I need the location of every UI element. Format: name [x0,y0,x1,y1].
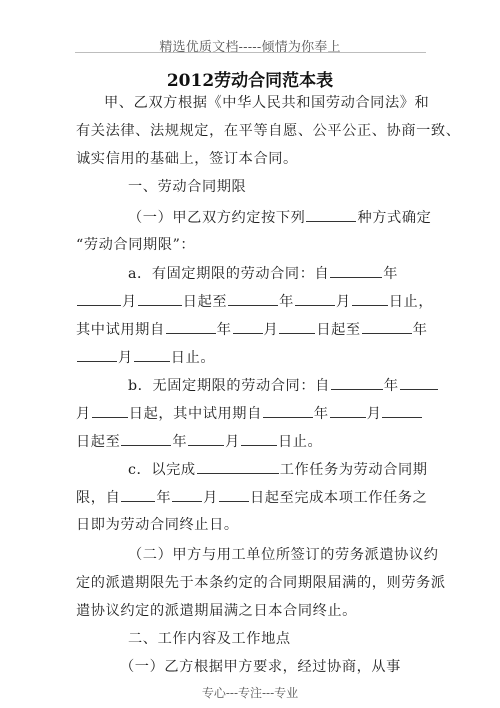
text: 月 [76,406,91,422]
text: 其中试用期自 [76,322,165,338]
blank-field[interactable] [219,487,249,502]
text: 年 [413,322,428,338]
blank-field[interactable] [172,487,202,502]
blank-field[interactable] [362,319,412,334]
blank-field[interactable] [263,403,313,418]
text: 甲、乙双方根据《中华人民共和国劳动合同法》和 [104,95,429,111]
text: 月 [264,322,279,338]
blank-field[interactable] [228,291,278,306]
text: 日即为劳动合同终止日。 [76,517,239,533]
section-heading-1: 一、劳动合同期限 [128,177,476,197]
option-c-line-3: 日即为劳动合同终止日。 [76,515,424,535]
intro-line-3: 诚实信用的基础上，签订本合同。 [76,149,424,169]
clause-1-1-line-1: （一）甲乙双方约定按下列种方式确定 [128,207,424,228]
blank-field[interactable] [400,375,438,390]
clause-1-1-line-2: “劳动合同期限”： [76,235,424,255]
blank-field[interactable] [134,347,170,362]
blank-field[interactable] [121,487,155,502]
text: 月 [336,294,351,310]
text: 种方式确定 [357,210,431,226]
blank-field[interactable] [295,291,335,306]
text: 日止。 [278,434,322,450]
text: 定的派遣期限先于本条约定的合同期限届满的，则劳务派 [76,575,446,591]
text: 年 [279,294,294,310]
text: 日止， [389,294,433,310]
text: 遣协议约定的派遣期届满之日本合同终止。 [76,603,357,619]
blank-field[interactable] [77,291,121,306]
option-c-line-1: c．以完成工作任务为劳动合同期 [128,459,476,480]
text: 日起，其中试用期自 [129,406,262,422]
blank-field[interactable] [241,431,277,446]
clause-1-2-line-1: （二）甲方与用工单位所签订的劳务派遣协议约 [128,545,476,565]
blank-field[interactable] [331,375,383,390]
text: 月 [203,490,218,506]
text: 日止。 [171,350,215,366]
header-divider [75,52,426,53]
option-a-line-3: 其中试用期自年月日起至年 [76,319,424,340]
page-footer: 专心---专注---专业 [0,684,500,701]
text: 日起至 [183,294,227,310]
option-a-line-1: a．有固定期限的劳动合同：自年 [128,263,476,284]
text: 月 [225,434,240,450]
text: （一）甲乙双方约定按下列 [128,210,305,226]
blank-field[interactable] [92,403,128,418]
text: 月 [122,294,137,310]
blank-field[interactable] [188,431,224,446]
blank-field[interactable] [121,431,171,446]
text: 日起至 [316,322,360,338]
option-a-line-2: 月日起至年月日止， [76,291,424,312]
text: 月 [118,350,133,366]
text: 二、工作内容及工作地点 [128,631,291,647]
clause-1-2-line-3: 遣协议约定的派遣期届满之日本合同终止。 [76,601,424,621]
blank-field[interactable] [382,403,422,418]
blank-field[interactable] [77,347,117,362]
blank-field[interactable] [166,319,216,334]
text: 年 [314,406,329,422]
option-b-line-1: b．无固定期限的劳动合同：自年 [128,375,476,396]
text: 年 [384,378,399,394]
text: 工作任务为劳动合同期 [280,462,428,478]
document-title: 2012劳动合同范本表 [0,66,500,91]
text: 年 [172,434,187,450]
text: （二）甲方与用工单位所签订的劳务派遣协议约 [128,547,439,563]
text: 一、劳动合同期限 [128,179,246,195]
text: 月 [367,406,382,422]
blank-field[interactable] [330,403,366,418]
text: 限，自 [76,490,120,506]
text: 年 [156,490,171,506]
text: 诚实信用的基础上，签订本合同。 [76,151,298,167]
option-c-line-2: 限，自年月日起至完成本项工作任务之 [76,487,424,508]
text: 有关法律、法规规定，在平等自愿、公平公正、协商一致、 [76,123,460,139]
blank-field[interactable] [306,207,356,222]
document-page: 精选优质文档-----倾情为你奉上 2012劳动合同范本表 甲、乙双方根据《中华… [0,0,500,708]
intro-line-1: 甲、乙双方根据《中华人民共和国劳动合同法》和 [104,93,424,113]
blank-field[interactable] [138,291,182,306]
text: 日起至 [76,434,120,450]
text: “劳动合同期限”： [76,237,195,253]
intro-line-2: 有关法律、法规规定，在平等自愿、公平公正、协商一致、 [76,121,424,141]
text: 年 [217,322,232,338]
text: 年 [383,266,398,282]
clause-2-1-line-1: （一）乙方根据甲方要求，经过协商，从事 [120,657,468,677]
text: c．以完成 [128,462,196,478]
text: a．有固定期限的劳动合同：自 [128,266,329,282]
option-a-line-4: 月日止。 [76,347,424,368]
text: （一）乙方根据甲方要求，经过协商，从事 [120,659,401,675]
option-b-line-2: 月日起，其中试用期自年月 [76,403,424,424]
text: 日起至完成本项工作任务之 [250,490,427,506]
blank-field[interactable] [197,459,279,474]
blank-field[interactable] [279,319,315,334]
clause-1-2-line-2: 定的派遣期限先于本条约定的合同期限届满的，则劳务派 [76,573,424,593]
blank-field[interactable] [330,263,382,278]
text: b．无固定期限的劳动合同：自 [128,378,330,394]
option-b-line-3: 日起至年月日止。 [76,431,424,452]
section-heading-2: 二、工作内容及工作地点 [128,629,476,649]
blank-field[interactable] [352,291,388,306]
blank-field[interactable] [233,319,263,334]
